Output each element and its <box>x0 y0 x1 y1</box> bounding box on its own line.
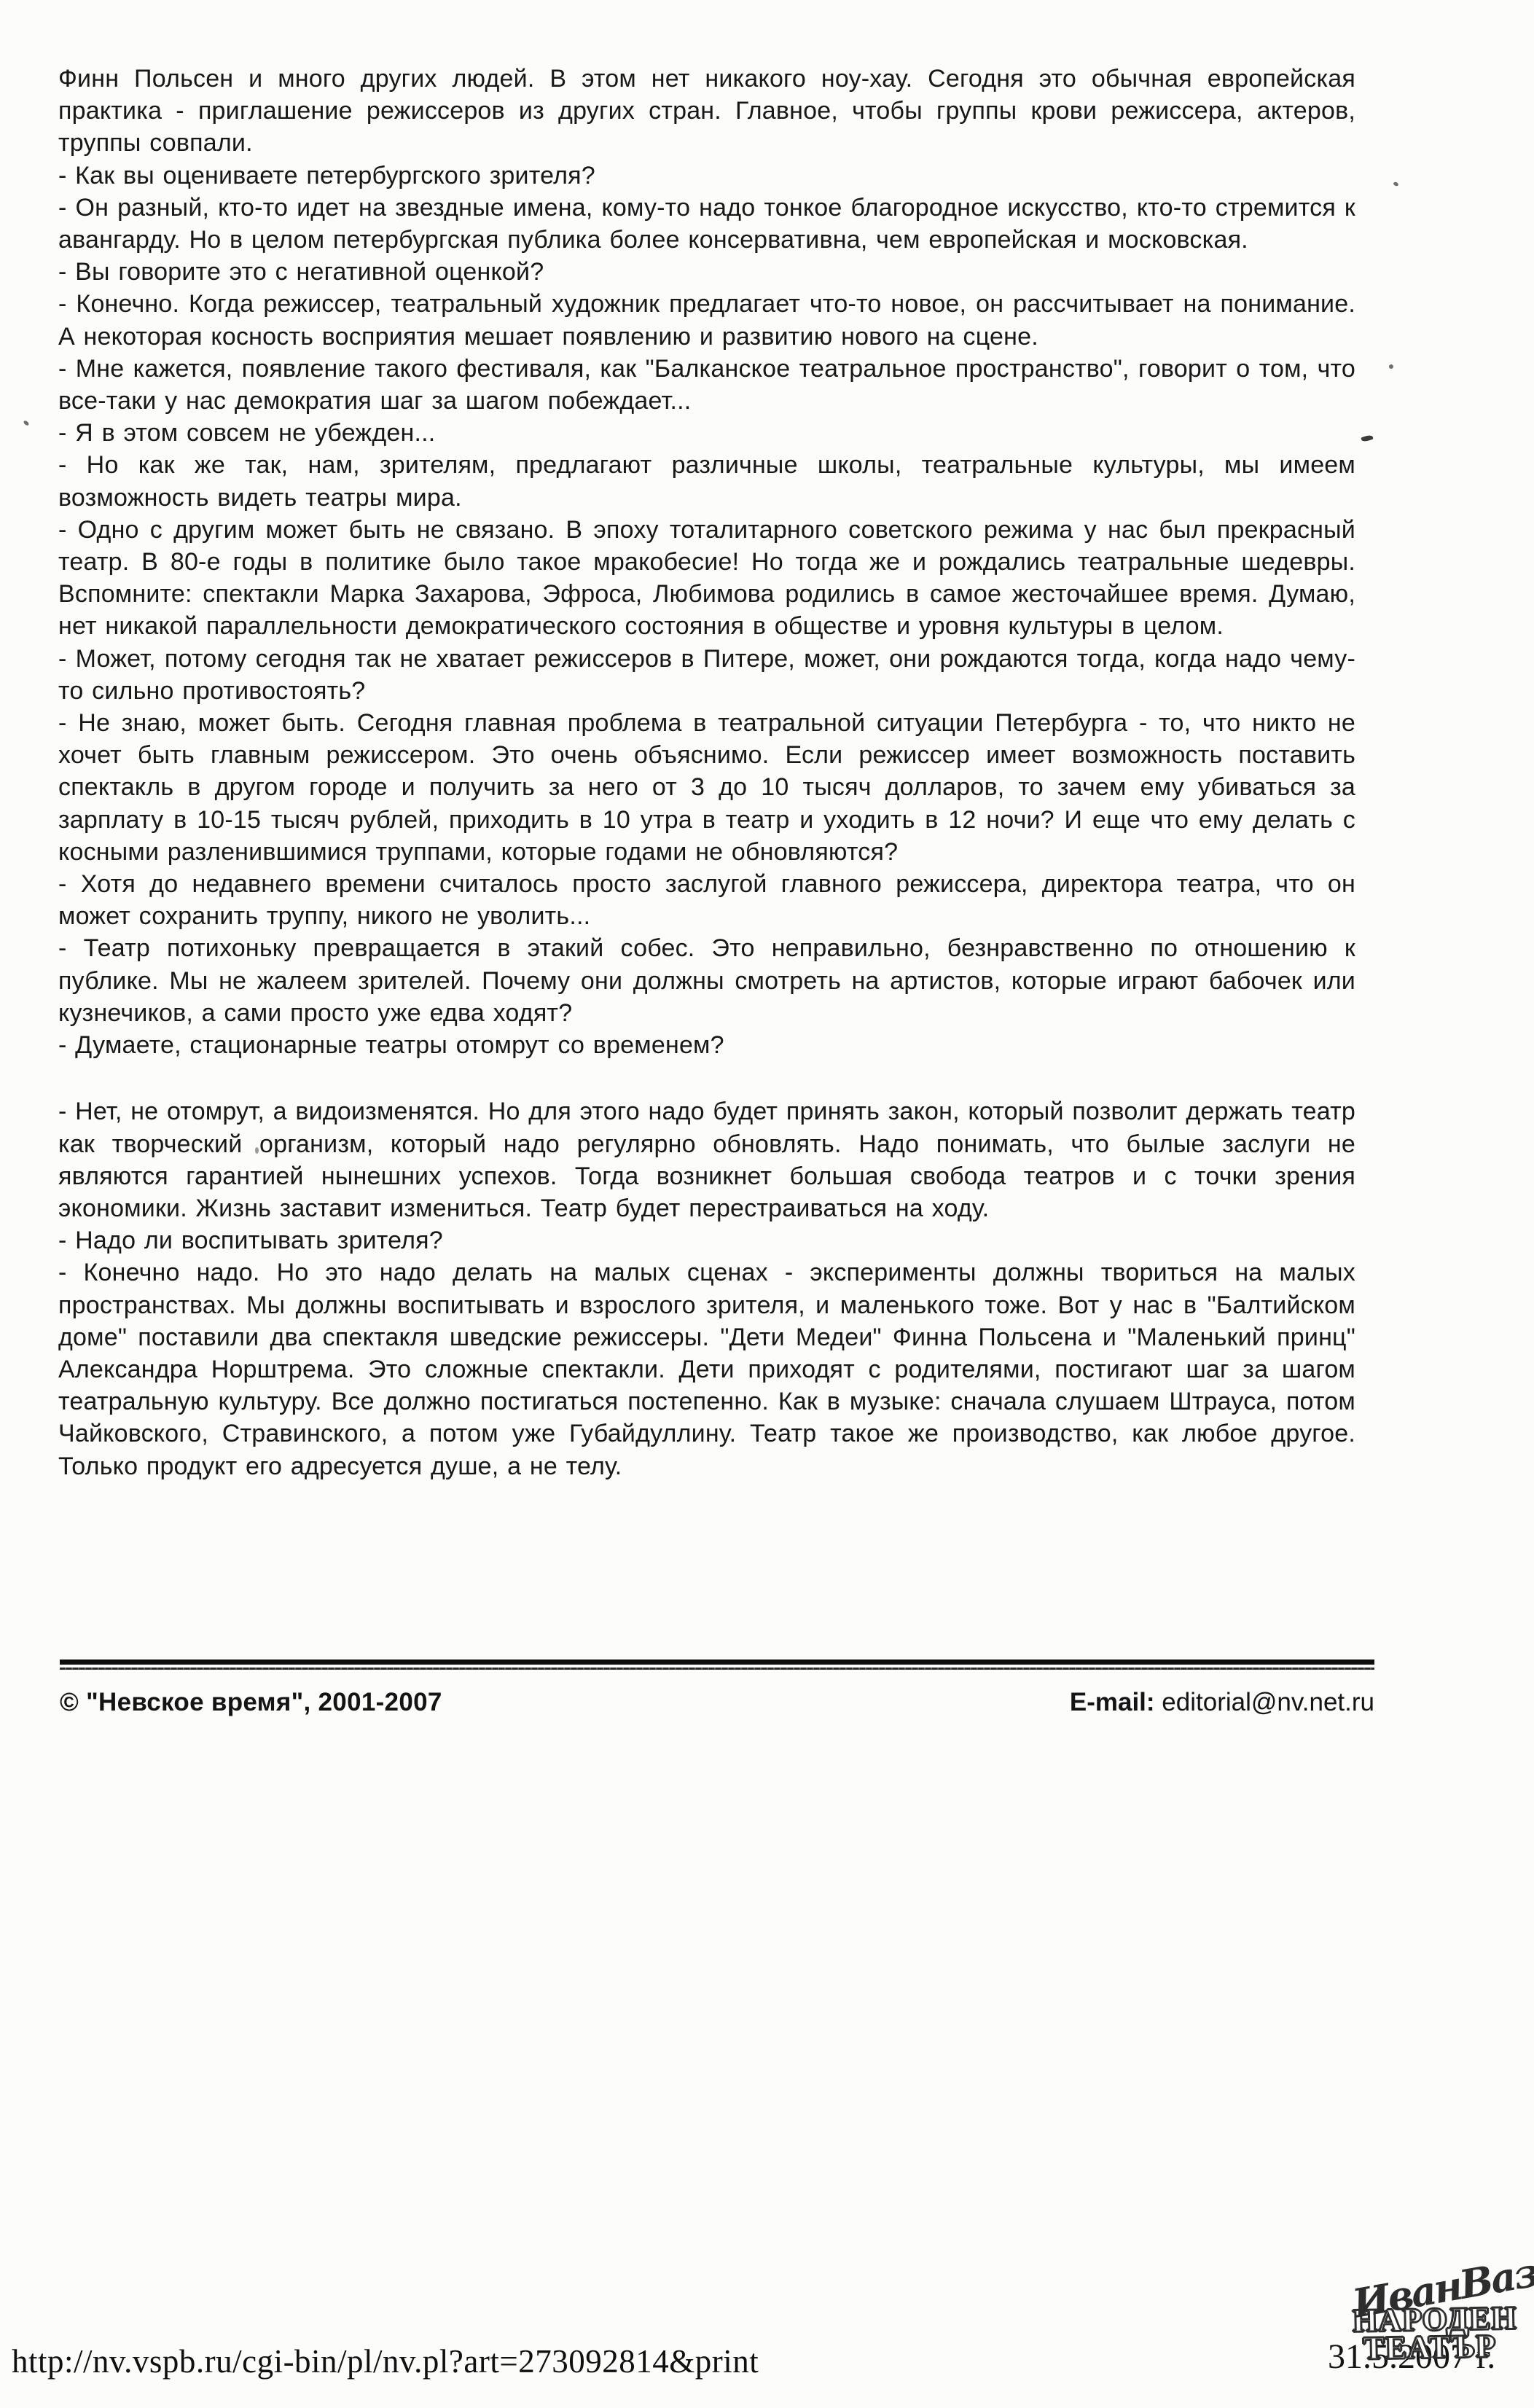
article-paragraph: - Вы говорите это с негативной оценкой? <box>58 256 1355 288</box>
article-paragraph: - Нет, не отомрут, а видоизменятся. Но д… <box>58 1095 1355 1224</box>
article-paragraph: - Думаете, стационарные театры отомрут с… <box>58 1029 1355 1061</box>
email-address: editorial@nv.net.ru <box>1162 1688 1374 1716</box>
article-paragraph: - Одно с другим может быть не связано. В… <box>58 514 1355 643</box>
article-paragraph: - Конечно надо. Но это надо делать на ма… <box>58 1256 1355 1482</box>
article-paragraph: - Мне кажется, появление такого фестивал… <box>58 353 1355 417</box>
scan-speck <box>1361 434 1373 443</box>
article-paragraph: - Театр потихоньку превращается в этакий… <box>58 932 1355 1029</box>
article-paragraph: - Не знаю, может быть. Сегодня главная п… <box>58 707 1355 868</box>
article-body: Финн Польсен и много других людей. В это… <box>58 63 1355 1482</box>
article-paragraph: - Хотя до недавнего времени считалось пр… <box>58 868 1355 932</box>
article-paragraph: - Надо ли воспитывать зрителя? <box>58 1224 1355 1256</box>
copyright-notice: © "Невское время", 2001-2007 <box>60 1688 442 1717</box>
email-line: E-mail: editorial@nv.net.ru <box>1070 1688 1374 1717</box>
stamp-line-teatar: ТЕАТЪР <box>1353 2332 1506 2363</box>
scan-speck <box>255 1147 259 1154</box>
footer-divider-rule-thin <box>60 1668 1374 1670</box>
article-paragraph: - Но как же так, нам, зрителям, предлага… <box>58 449 1355 513</box>
article-paragraph: - Как вы оцениваете петербургского зрите… <box>58 160 1355 192</box>
email-label: E-mail: <box>1070 1688 1155 1716</box>
article-paragraph: - Может, потому сегодня так не хватает р… <box>58 643 1355 707</box>
article-paragraph: Финн Польсен и много других людей. В это… <box>58 63 1355 160</box>
theatre-stamp-watermark: ИванВазов НАРОДЕН ТЕАТЪР <box>1352 2271 1506 2363</box>
scan-speck <box>1393 181 1398 187</box>
scan-speck <box>23 420 29 426</box>
scanned-article-page: Финн Польсен и много других людей. В это… <box>0 0 1534 2408</box>
source-url: http://nv.vspb.ru/cgi-bin/pl/nv.pl?art=2… <box>12 2342 759 2380</box>
footer-row: © "Невское время", 2001-2007 E-mail: edi… <box>60 1688 1374 1717</box>
article-paragraph: - Я в этом совсем не убежден... <box>58 417 1355 449</box>
article-paragraph: - Он разный, кто-то идет на звездные име… <box>58 192 1355 256</box>
footer-divider-rule <box>60 1660 1374 1665</box>
article-paragraph: - Конечно. Когда режиссер, театральный х… <box>58 288 1355 352</box>
scan-speck <box>1389 364 1393 369</box>
